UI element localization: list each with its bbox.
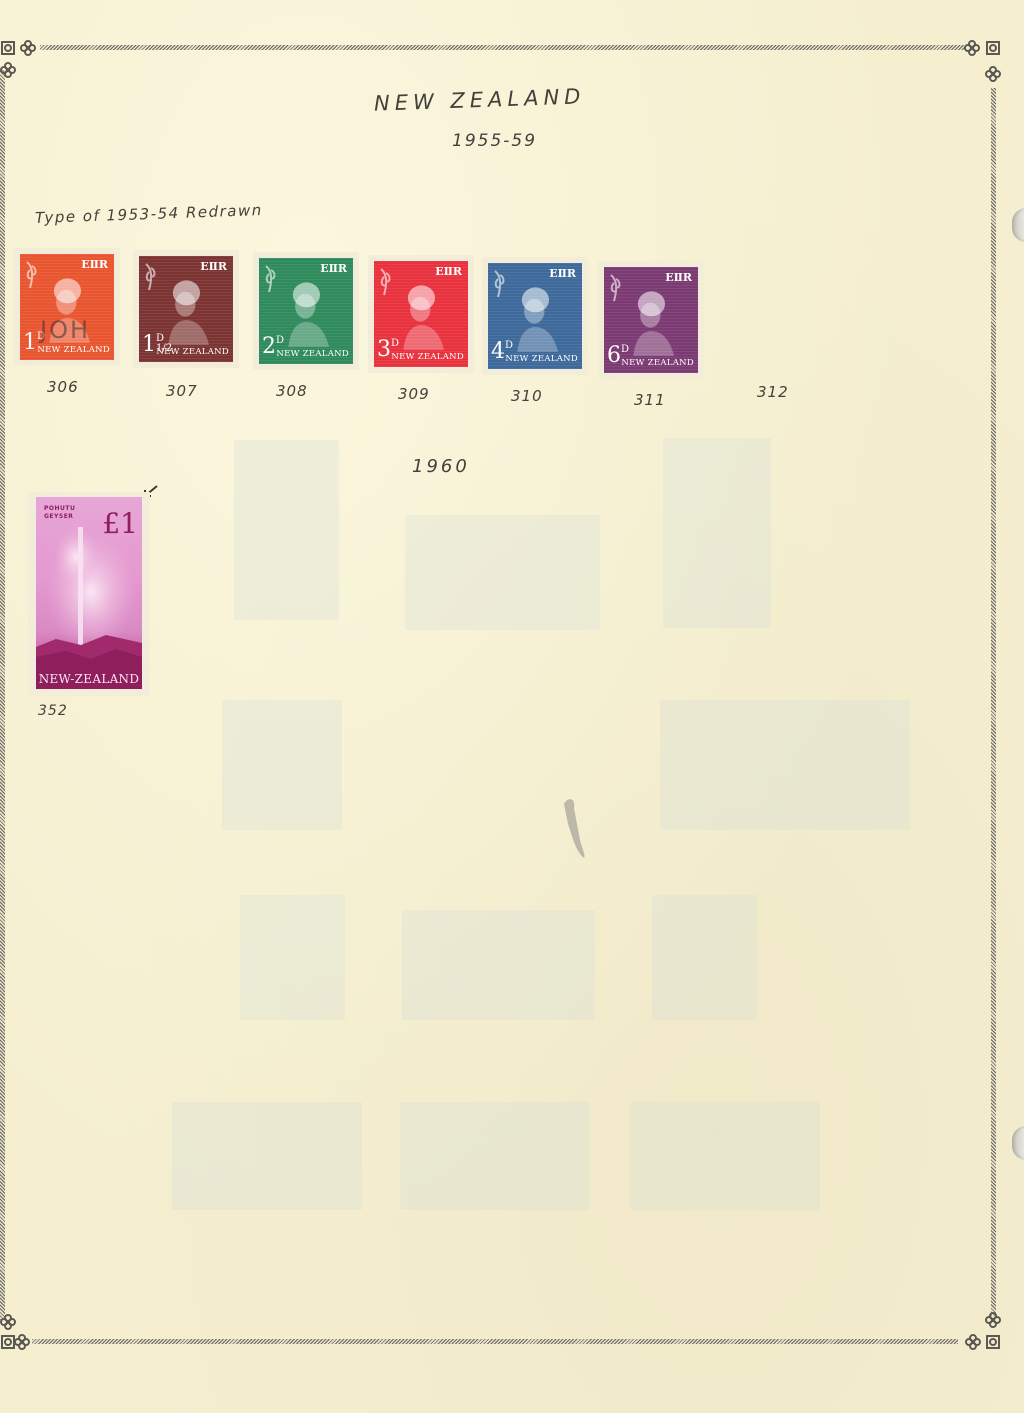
stamp-311[interactable]: EⅡR6DNEW ZEALAND [598,261,704,379]
stamp-310[interactable]: EⅡR4DNEW ZEALAND [482,257,588,375]
queen-portrait-icon [397,282,446,350]
kowhai-flower-icon [608,273,624,303]
binder-hole [1012,208,1024,242]
stamp-308[interactable]: EⅡR2DNEW ZEALAND [253,252,359,370]
catalog-number: 311 [634,391,666,409]
corner-ornament-icon [985,1334,1001,1350]
stamp-design: POHUTU GEYSER £1 NEW-ZEALAND [36,497,142,689]
corner-ornament-icon [985,40,1001,56]
left-border [0,70,5,1320]
bleed-through-shape [405,515,600,630]
stamp-design: EⅡR1D1/2NEW ZEALAND [139,256,233,362]
stamp-value: £1 [102,507,138,540]
quatrefoil-ornament-icon [964,40,980,56]
quatrefoil-ornament-icon [14,1334,30,1350]
bleed-through-shape [172,1102,362,1210]
bleed-through-shape [400,1102,590,1210]
corner-ornament-icon [0,40,16,56]
quatrefoil-ornament-icon [985,1312,1001,1328]
kowhai-flower-icon [24,260,40,290]
stamp-country: NEW ZEALAND [621,358,694,368]
stamp-307[interactable]: EⅡR1D1/2NEW ZEALAND [133,250,239,368]
bleed-through-shape [663,438,771,628]
stamp-design: EⅡR2DNEW ZEALAND [259,258,353,364]
royal-cypher: EⅡR [665,271,692,284]
top-border [40,45,966,50]
royal-cypher: EⅡR [81,258,108,271]
kowhai-flower-icon [143,262,159,292]
quatrefoil-ornament-icon [965,1334,981,1350]
section-year: 1960 [412,456,470,477]
kowhai-flower-icon [263,264,279,294]
queen-portrait-icon [627,288,676,356]
catalog-number: 308 [276,382,308,400]
catalog-number: 307 [166,382,198,400]
stamp-design: EⅡR6DNEW ZEALAND [604,267,698,373]
smudge-mark [558,796,598,860]
stamp-352-pohutu-geyser[interactable]: POHUTU GEYSER £1 NEW-ZEALAND [28,492,150,696]
bleed-through-shape [222,700,342,830]
royal-cypher: EⅡR [435,265,462,278]
page-years: 1955-59 [452,131,537,151]
stamp-country: NEW-ZEALAND [36,672,142,686]
queen-portrait-icon [511,284,560,352]
bleed-through-shape [652,895,757,1020]
catalog-number-empty-slot: 312 [757,383,789,401]
catalog-number: 306 [47,378,79,396]
royal-cypher: EⅡR [200,260,227,273]
stamp-caption-line2: GEYSER [44,513,73,520]
postmark: JOH [40,316,90,344]
stamp-country: NEW ZEALAND [505,354,578,364]
stamp-design: EⅡR1DNEW ZEALANDJOH [20,254,114,360]
stamp-306[interactable]: EⅡR1DNEW ZEALANDJOH [14,248,120,366]
bleed-through-shape [402,910,595,1020]
bleed-through-shape [660,700,910,830]
stamp-country: NEW ZEALAND [156,347,229,357]
catalog-number: 310 [511,387,543,405]
bleed-through-shape [630,1102,820,1210]
stamp-design: EⅡR3DNEW ZEALAND [374,261,468,367]
stamp-country: NEW ZEALAND [391,352,464,362]
stamp-309[interactable]: EⅡR3DNEW ZEALAND [368,255,474,373]
page-title: NEW ZEALAND [374,84,586,115]
right-border [991,88,996,1316]
quatrefoil-ornament-icon [20,40,36,56]
kowhai-flower-icon [492,269,508,299]
catalog-number: 352 [38,703,68,719]
binder-hole [1012,1126,1024,1160]
stamp-design: EⅡR4DNEW ZEALAND [488,263,582,369]
quatrefoil-ornament-icon [985,66,1001,82]
queen-portrait-icon [282,279,331,347]
stamp-country: NEW ZEALAND [276,349,349,359]
bleed-through-shape [234,440,339,620]
kowhai-flower-icon [378,267,394,297]
stamp-caption-line1: POHUTU [44,505,75,512]
catalog-number: 309 [398,385,430,403]
bleed-through-shape [240,895,345,1020]
album-page: NEW ZEALAND 1955-59 Type of 1953-54 Redr… [0,0,1024,1413]
stamp-country: NEW ZEALAND [37,345,110,355]
royal-cypher: EⅡR [549,267,576,280]
bottom-border [32,1339,958,1344]
royal-cypher: EⅡR [320,262,347,275]
section-note: Type of 1953-54 Redrawn [35,201,263,227]
quatrefoil-ornament-icon [0,1314,16,1330]
quatrefoil-ornament-icon [0,62,16,78]
